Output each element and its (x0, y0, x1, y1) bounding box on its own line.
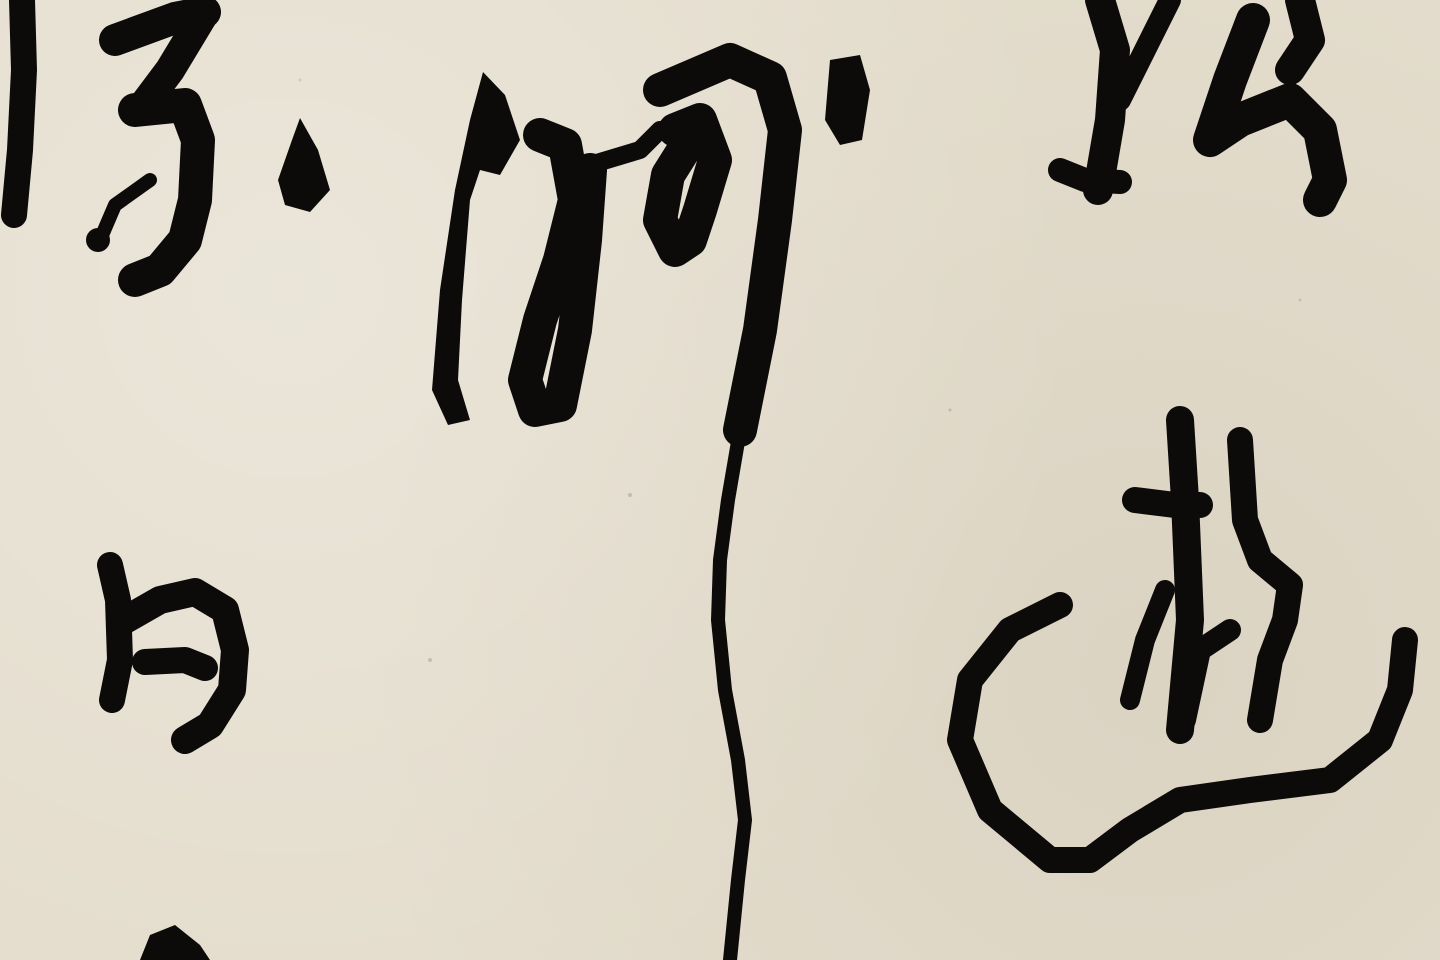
center-glyph (432, 55, 870, 960)
left-top-glyph (86, 12, 330, 280)
calligraphy-artwork: Chinese cursive calligraphy (ink on pape… (0, 0, 1440, 960)
ink-strokes (0, 0, 1440, 960)
left-middle-glyph (110, 565, 235, 960)
right-top-glyph (1060, 0, 1330, 200)
far-left-stroke (14, 0, 24, 215)
right-middle-glyph (960, 420, 1405, 860)
